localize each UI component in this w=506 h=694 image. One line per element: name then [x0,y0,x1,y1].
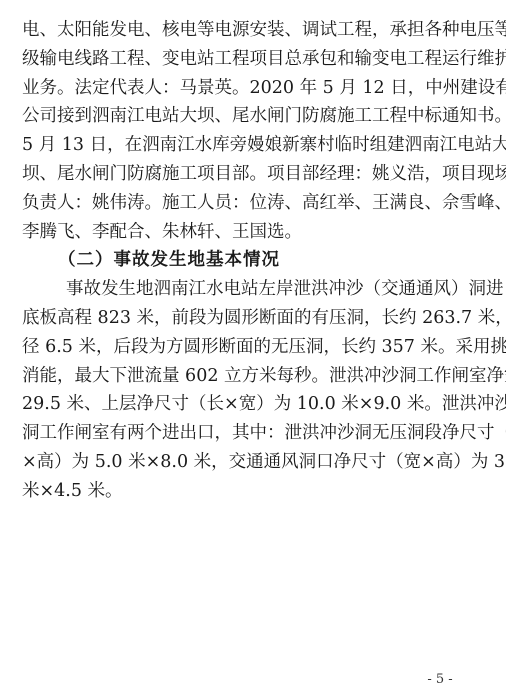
paragraph-line: 米×4.5 米。 [22,477,464,506]
paragraph-line: 级输电线路工程、变电站工程项目总承包和输变电工程运行维护 [22,45,464,74]
document-body: 电、太阳能发电、核电等电源安装、调试工程，承担各种电压等 级输电线路工程、变电站… [22,16,464,506]
paragraph-line: 5 月 13 日，在泗南江水库旁嫚娘新寨村临时组建泗南江电站大 [22,131,464,160]
section-heading: （二）事故发生地基本情况 [22,246,464,275]
paragraph-line: 29.5 米、上层净尺寸（长×宽）为 10.0 米×9.0 米。泄洪冲沙 [22,390,464,419]
paragraph-line: 业务。法定代表人：马景英。2020 年 5 月 12 日，中州建设有限 [22,74,464,103]
document-page: 电、太阳能发电、核电等电源安装、调试工程，承担各种电压等 级输电线路工程、变电站… [0,0,506,694]
paragraph-line: ×高）为 5.0 米×8.0 米，交通通风洞口净尺寸（宽×高）为 3.0 [22,448,464,477]
paragraph-line: 洞工作闸室有两个进出口，其中：泄洪冲沙洞无压洞段净尺寸（宽 [22,419,464,448]
paragraph-line: 径 6.5 米，后段为方圆形断面的无压洞，长约 357 米。采用挑流 [22,333,464,362]
paragraph-line: 坝、尾水闸门防腐施工项目部。项目部经理：姚义浩，项目现场 [22,160,464,189]
paragraph-line: 底板高程 823 米，前段为圆形断面的有压洞，长约 263.7 米，内 [22,304,464,333]
page-number: - 5 - [420,672,460,687]
paragraph-line: 负责人：姚伟涛。施工人员：位涛、高红举、王满良、佘雪峰、 [22,189,464,218]
paragraph-line: 李腾飞、李配合、朱林轩、王国选。 [22,218,464,247]
paragraph-line: 公司接到泗南江电站大坝、尾水闸门防腐施工工程中标通知书。 [22,102,464,131]
paragraph-line: 电、太阳能发电、核电等电源安装、调试工程，承担各种电压等 [22,16,464,45]
paragraph-line: 消能，最大下泄流量 602 立方米每秒。泄洪冲沙洞工作闸室净空 [22,362,464,391]
paragraph-line: 事故发生地泗南江水电站左岸泄洪冲沙（交通通风）洞进口 [22,275,464,304]
